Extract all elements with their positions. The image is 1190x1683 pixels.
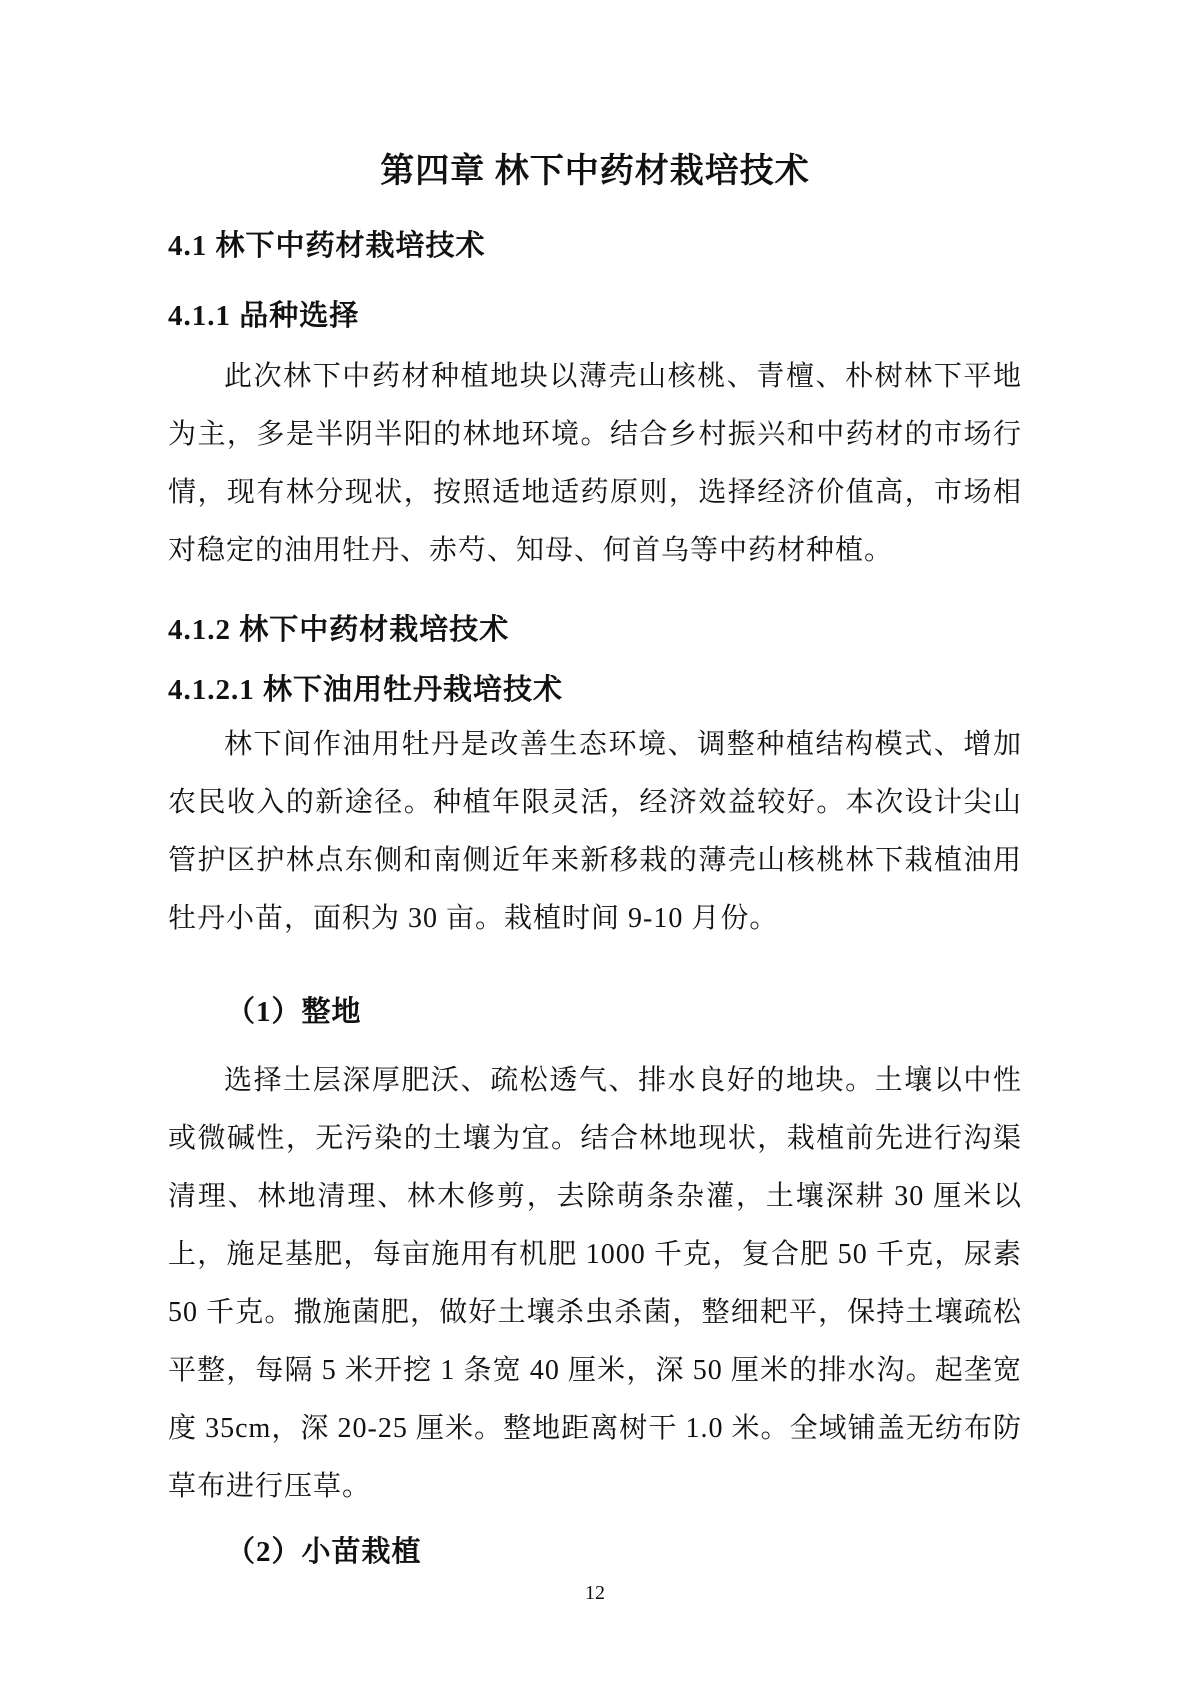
item-heading-land-preparation: （1）整地 bbox=[168, 992, 1022, 1032]
paragraph-peony-intro: 林下间作油用牡丹是改善生态环境、调整种植结构模式、增加农民收入的新途径。种植年限… bbox=[168, 716, 1022, 948]
subsection-heading-4-1-1: 4.1.1 品种选择 bbox=[168, 296, 1022, 336]
item-heading-seedling-planting: （2）小苗栽植 bbox=[168, 1532, 1022, 1572]
chapter-title: 第四章 林下中药材栽培技术 bbox=[168, 148, 1022, 196]
subsection-heading-4-1-2: 4.1.2 林下中药材栽培技术 bbox=[168, 610, 1022, 650]
section-heading-4-1: 4.1 林下中药材栽培技术 bbox=[168, 226, 1022, 266]
document-page: 第四章 林下中药材栽培技术 4.1 林下中药材栽培技术 4.1.1 品种选择 此… bbox=[0, 0, 1190, 1683]
subsection-heading-4-1-2-1: 4.1.2.1 林下油用牡丹栽培技术 bbox=[168, 670, 1022, 710]
paragraph-land-preparation: 选择土层深厚肥沃、疏松透气、排水良好的地块。土壤以中性或微碱性，无污染的土壤为宜… bbox=[168, 1052, 1022, 1516]
page-number: 12 bbox=[0, 1581, 1190, 1605]
paragraph-variety-selection: 此次林下中药材种植地块以薄壳山核桃、青檀、朴树林下平地为主，多是半阴半阳的林地环… bbox=[168, 348, 1022, 580]
